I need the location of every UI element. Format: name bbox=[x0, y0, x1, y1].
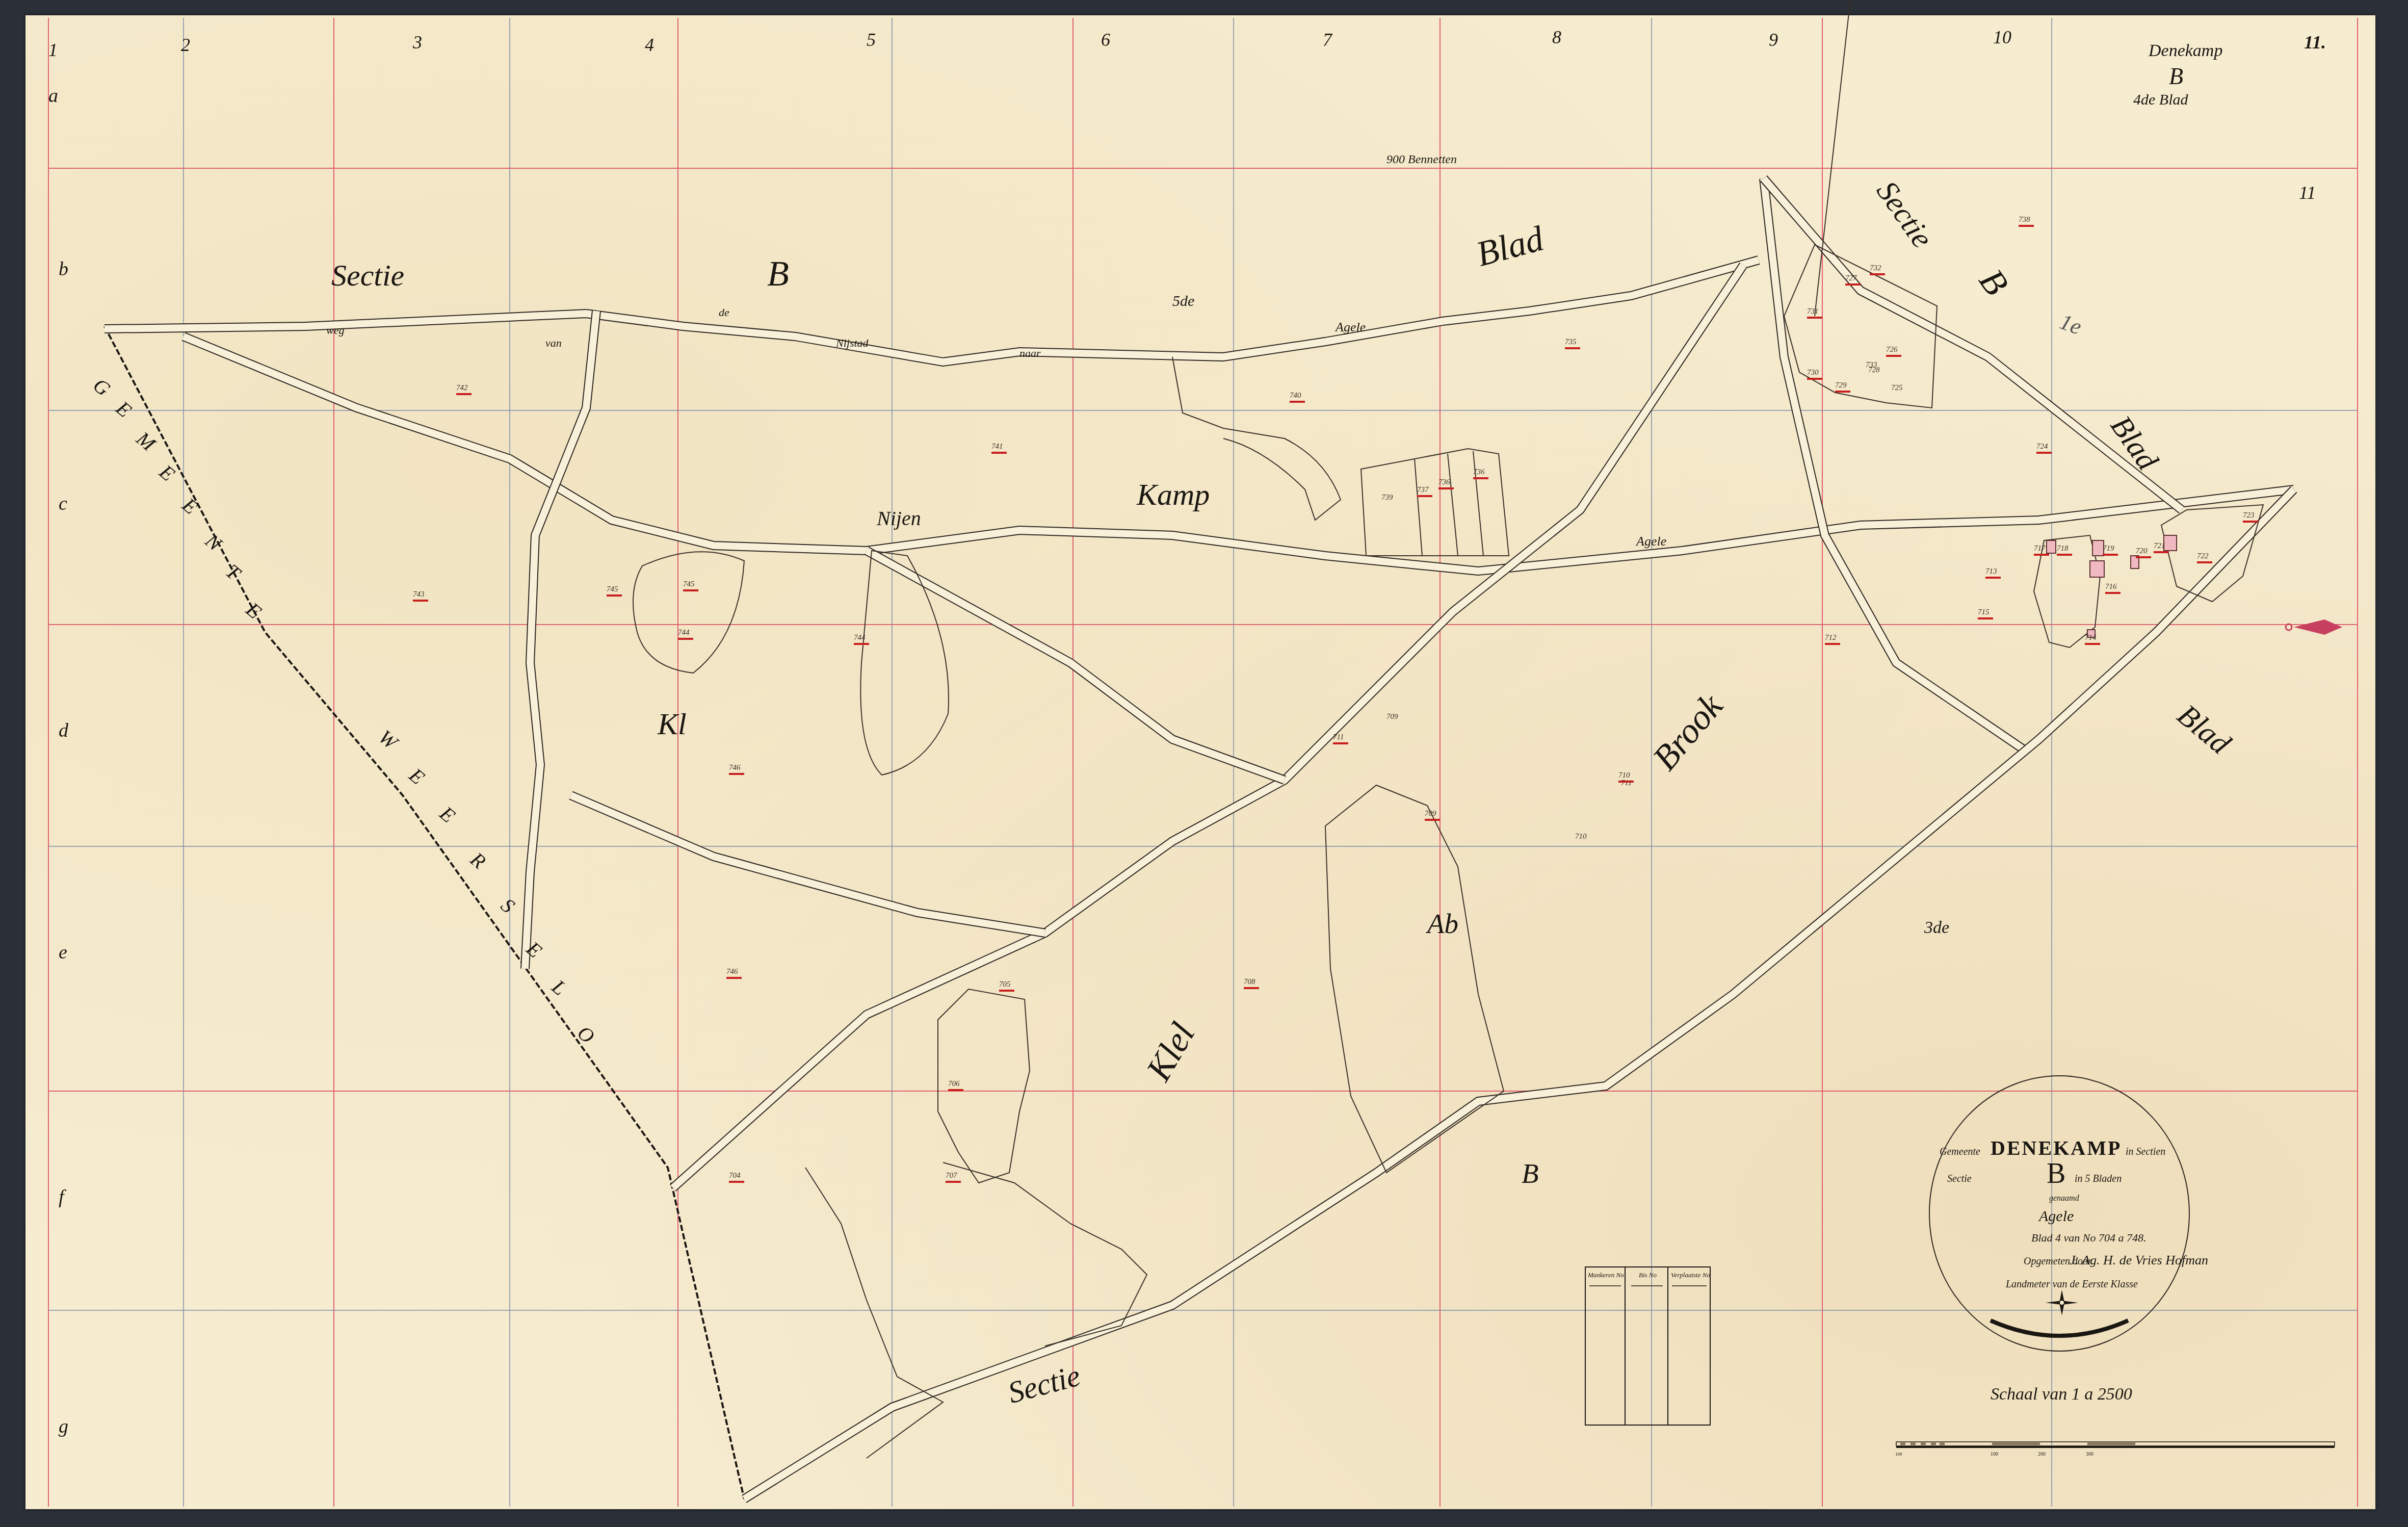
svg-text:e: e bbox=[59, 942, 67, 963]
svg-text:g: g bbox=[59, 1416, 68, 1437]
svg-text:713: 713 bbox=[1985, 567, 1997, 576]
svg-text:G: G bbox=[89, 373, 116, 402]
svg-text:10: 10 bbox=[1993, 27, 2011, 47]
svg-text:Brook: Brook bbox=[1645, 686, 1732, 778]
svg-text:9: 9 bbox=[1769, 30, 1778, 50]
compass-rose-icon bbox=[2046, 1290, 2078, 1315]
svg-text:Ab: Ab bbox=[1425, 908, 1458, 939]
svg-text:Blad: Blad bbox=[1473, 219, 1549, 274]
svg-text:3de: 3de bbox=[1924, 918, 1949, 937]
svg-text:726: 726 bbox=[1886, 346, 1898, 354]
parcel-numbers: 727 732 731 726 730 729 728 725 738 733 … bbox=[413, 216, 2258, 1182]
svg-text:Sectie: Sectie bbox=[1947, 1173, 1972, 1184]
svg-text:718: 718 bbox=[2057, 545, 2069, 553]
svg-text:711: 711 bbox=[1621, 779, 1632, 787]
svg-text:W: W bbox=[374, 725, 404, 755]
svg-text:100: 100 bbox=[1991, 1452, 1998, 1457]
svg-text:M: M bbox=[132, 427, 161, 457]
svg-text:c: c bbox=[59, 493, 67, 514]
svg-text:4de Blad: 4de Blad bbox=[2133, 91, 2188, 108]
svg-text:8: 8 bbox=[1552, 27, 1561, 47]
svg-text:B: B bbox=[767, 254, 789, 294]
svg-text:L: L bbox=[547, 975, 572, 1001]
svg-text:Nijstad: Nijstad bbox=[835, 337, 869, 349]
svg-text:naar: naar bbox=[1019, 347, 1041, 359]
svg-text:Verplaatste No: Verplaatste No bbox=[1671, 1271, 1710, 1279]
svg-text:746: 746 bbox=[729, 764, 741, 772]
svg-text:741: 741 bbox=[991, 443, 1003, 451]
svg-text:722: 722 bbox=[2197, 552, 2209, 560]
cadastral-map: 1 2 3 4 5 6 7 8 9 10 11. 11 a b c d e f … bbox=[0, 0, 2408, 1527]
svg-text:Blad: Blad bbox=[2104, 409, 2165, 477]
svg-text:719: 719 bbox=[2103, 545, 2114, 553]
svg-text:DENEKAMP: DENEKAMP bbox=[1991, 1136, 2122, 1159]
svg-text:R: R bbox=[465, 847, 491, 874]
svg-text:709: 709 bbox=[1425, 810, 1436, 818]
scale-bar: Schaal van 1 a 2500 100 100 200 300 bbox=[1895, 1385, 2335, 1457]
svg-text:4: 4 bbox=[645, 35, 654, 55]
svg-text:Landmeter van de Eerste Klasse: Landmeter van de Eerste Klasse bbox=[2005, 1279, 2138, 1290]
svg-text:Schaal van 1 a 2500: Schaal van 1 a 2500 bbox=[1991, 1385, 2132, 1404]
title-cartouche: Gemeente DENEKAMP in Sectien Sectie B in… bbox=[1929, 1076, 2208, 1351]
row-labels: a b c d e f g bbox=[48, 85, 69, 1437]
svg-text:731: 731 bbox=[1807, 307, 1819, 316]
svg-text:B: B bbox=[1971, 262, 2016, 302]
svg-text:B: B bbox=[2047, 1158, 2065, 1189]
neighbor-sheet-reference: Sectie B 1e Blad bbox=[1870, 175, 2165, 477]
svg-text:745: 745 bbox=[607, 585, 618, 593]
svg-text:742: 742 bbox=[456, 384, 468, 392]
svg-text:736: 736 bbox=[1473, 468, 1485, 476]
svg-text:740: 740 bbox=[1290, 392, 1301, 400]
svg-text:712: 712 bbox=[1825, 634, 1837, 642]
svg-text:6: 6 bbox=[1101, 30, 1110, 50]
svg-text:735: 735 bbox=[1565, 338, 1577, 346]
svg-text:300: 300 bbox=[2086, 1452, 2093, 1457]
svg-text:Agele: Agele bbox=[1334, 320, 1366, 334]
svg-text:genaamd: genaamd bbox=[2049, 1194, 2080, 1203]
svg-text:707: 707 bbox=[946, 1172, 958, 1180]
svg-text:b: b bbox=[59, 258, 68, 280]
svg-text:744: 744 bbox=[854, 634, 866, 642]
svg-text:Sectie: Sectie bbox=[1870, 175, 1940, 254]
svg-text:a: a bbox=[48, 85, 58, 107]
svg-text:Agele: Agele bbox=[1635, 534, 1666, 549]
road-labels: weg van de Nijstad naar Agele Agele bbox=[326, 306, 1666, 549]
svg-text:E: E bbox=[404, 763, 430, 790]
svg-text:714: 714 bbox=[2085, 634, 2097, 642]
svg-text:737: 737 bbox=[1417, 486, 1429, 494]
svg-text:710: 710 bbox=[1618, 771, 1630, 780]
svg-text:E: E bbox=[177, 493, 203, 520]
svg-text:van: van bbox=[545, 337, 562, 349]
svg-text:Blad: Blad bbox=[2171, 697, 2237, 761]
svg-text:720: 720 bbox=[2136, 547, 2148, 555]
svg-text:in 5 Bladen: in 5 Bladen bbox=[2075, 1173, 2122, 1184]
svg-text:f: f bbox=[59, 1186, 66, 1208]
svg-text:727: 727 bbox=[1845, 274, 1857, 282]
orientation-marker bbox=[2286, 619, 2342, 635]
svg-text:in Sectien: in Sectien bbox=[2126, 1146, 2165, 1157]
svg-text:721: 721 bbox=[2154, 542, 2165, 550]
svg-text:1: 1 bbox=[48, 40, 58, 60]
svg-text:715: 715 bbox=[1978, 608, 1990, 616]
svg-text:J. Ag. H. de Vries Hofman: J. Ag. H. de Vries Hofman bbox=[2070, 1253, 2208, 1267]
svg-text:7: 7 bbox=[1323, 30, 1333, 50]
svg-text:E: E bbox=[154, 460, 180, 487]
svg-text:744: 744 bbox=[678, 629, 690, 637]
svg-text:Blad 4 van No 704 a 748.: Blad 4 van No 704 a 748. bbox=[2031, 1231, 2147, 1244]
svg-text:Kl: Kl bbox=[657, 707, 687, 741]
svg-text:Gemeente: Gemeente bbox=[1940, 1146, 1980, 1157]
svg-text:708: 708 bbox=[1244, 978, 1255, 986]
svg-text:716: 716 bbox=[2105, 583, 2117, 591]
svg-text:Agele: Agele bbox=[2038, 1208, 2074, 1225]
svg-text:745: 745 bbox=[683, 580, 695, 588]
svg-text:704: 704 bbox=[729, 1172, 741, 1180]
svg-text:weg: weg bbox=[326, 324, 344, 337]
svg-text:E: E bbox=[111, 396, 137, 423]
svg-text:710: 710 bbox=[1575, 833, 1587, 841]
svg-text:724: 724 bbox=[2036, 443, 2048, 451]
svg-text:732: 732 bbox=[1870, 264, 1881, 272]
annotation-bennetten: 900 Bennetten bbox=[1386, 153, 1457, 166]
svg-text:B: B bbox=[2169, 63, 2183, 89]
svg-text:de: de bbox=[719, 306, 729, 319]
svg-text:B: B bbox=[1522, 1158, 1539, 1189]
svg-text:739: 739 bbox=[1381, 494, 1393, 502]
svg-text:Sectie: Sectie bbox=[331, 258, 404, 292]
svg-text:Denekamp: Denekamp bbox=[2148, 41, 2222, 60]
svg-text:11: 11 bbox=[2299, 183, 2316, 203]
svg-text:T: T bbox=[221, 559, 246, 585]
svg-text:Bis No: Bis No bbox=[1639, 1271, 1657, 1279]
svg-text:733: 733 bbox=[1866, 361, 1877, 369]
svg-text:725: 725 bbox=[1891, 384, 1903, 392]
svg-text:706: 706 bbox=[948, 1080, 960, 1088]
svg-text:E: E bbox=[435, 801, 461, 829]
svg-text:100: 100 bbox=[1895, 1452, 1902, 1457]
svg-text:d: d bbox=[59, 720, 69, 741]
svg-text:743: 743 bbox=[413, 590, 425, 599]
svg-text:E: E bbox=[241, 598, 267, 625]
svg-text:200: 200 bbox=[2038, 1452, 2046, 1457]
svg-text:730: 730 bbox=[1807, 369, 1819, 377]
svg-text:2: 2 bbox=[181, 35, 190, 55]
svg-text:723: 723 bbox=[2243, 511, 2255, 520]
svg-text:Mankeren No: Mankeren No bbox=[1587, 1271, 1624, 1279]
corrections-table: Mankeren No Bis No Verplaatste No bbox=[1585, 1267, 1710, 1425]
svg-text:Nijen: Nijen bbox=[876, 507, 921, 530]
svg-text:709: 709 bbox=[1386, 713, 1398, 721]
svg-text:O: O bbox=[573, 1021, 600, 1049]
svg-text:11.: 11. bbox=[2304, 32, 2326, 53]
svg-text:738: 738 bbox=[2019, 216, 2030, 224]
svg-text:746: 746 bbox=[726, 968, 738, 976]
svg-text:1e: 1e bbox=[2056, 309, 2085, 340]
svg-text:705: 705 bbox=[999, 980, 1011, 989]
svg-text:Klel: Klel bbox=[1139, 1016, 1203, 1088]
svg-text:717: 717 bbox=[2034, 545, 2046, 553]
svg-text:S: S bbox=[496, 893, 520, 919]
sheet-header: Denekamp B 4de Blad bbox=[2133, 41, 2222, 108]
svg-text:736: 736 bbox=[1438, 478, 1450, 486]
svg-text:Kamp: Kamp bbox=[1136, 478, 1210, 511]
svg-text:5: 5 bbox=[867, 30, 876, 50]
svg-text:729: 729 bbox=[1835, 381, 1847, 390]
column-labels: 1 2 3 4 5 6 7 8 9 10 11. 11 bbox=[48, 27, 2326, 203]
svg-text:711: 711 bbox=[1333, 733, 1344, 741]
svg-text:3: 3 bbox=[412, 32, 422, 53]
svg-text:5de: 5de bbox=[1172, 293, 1194, 309]
